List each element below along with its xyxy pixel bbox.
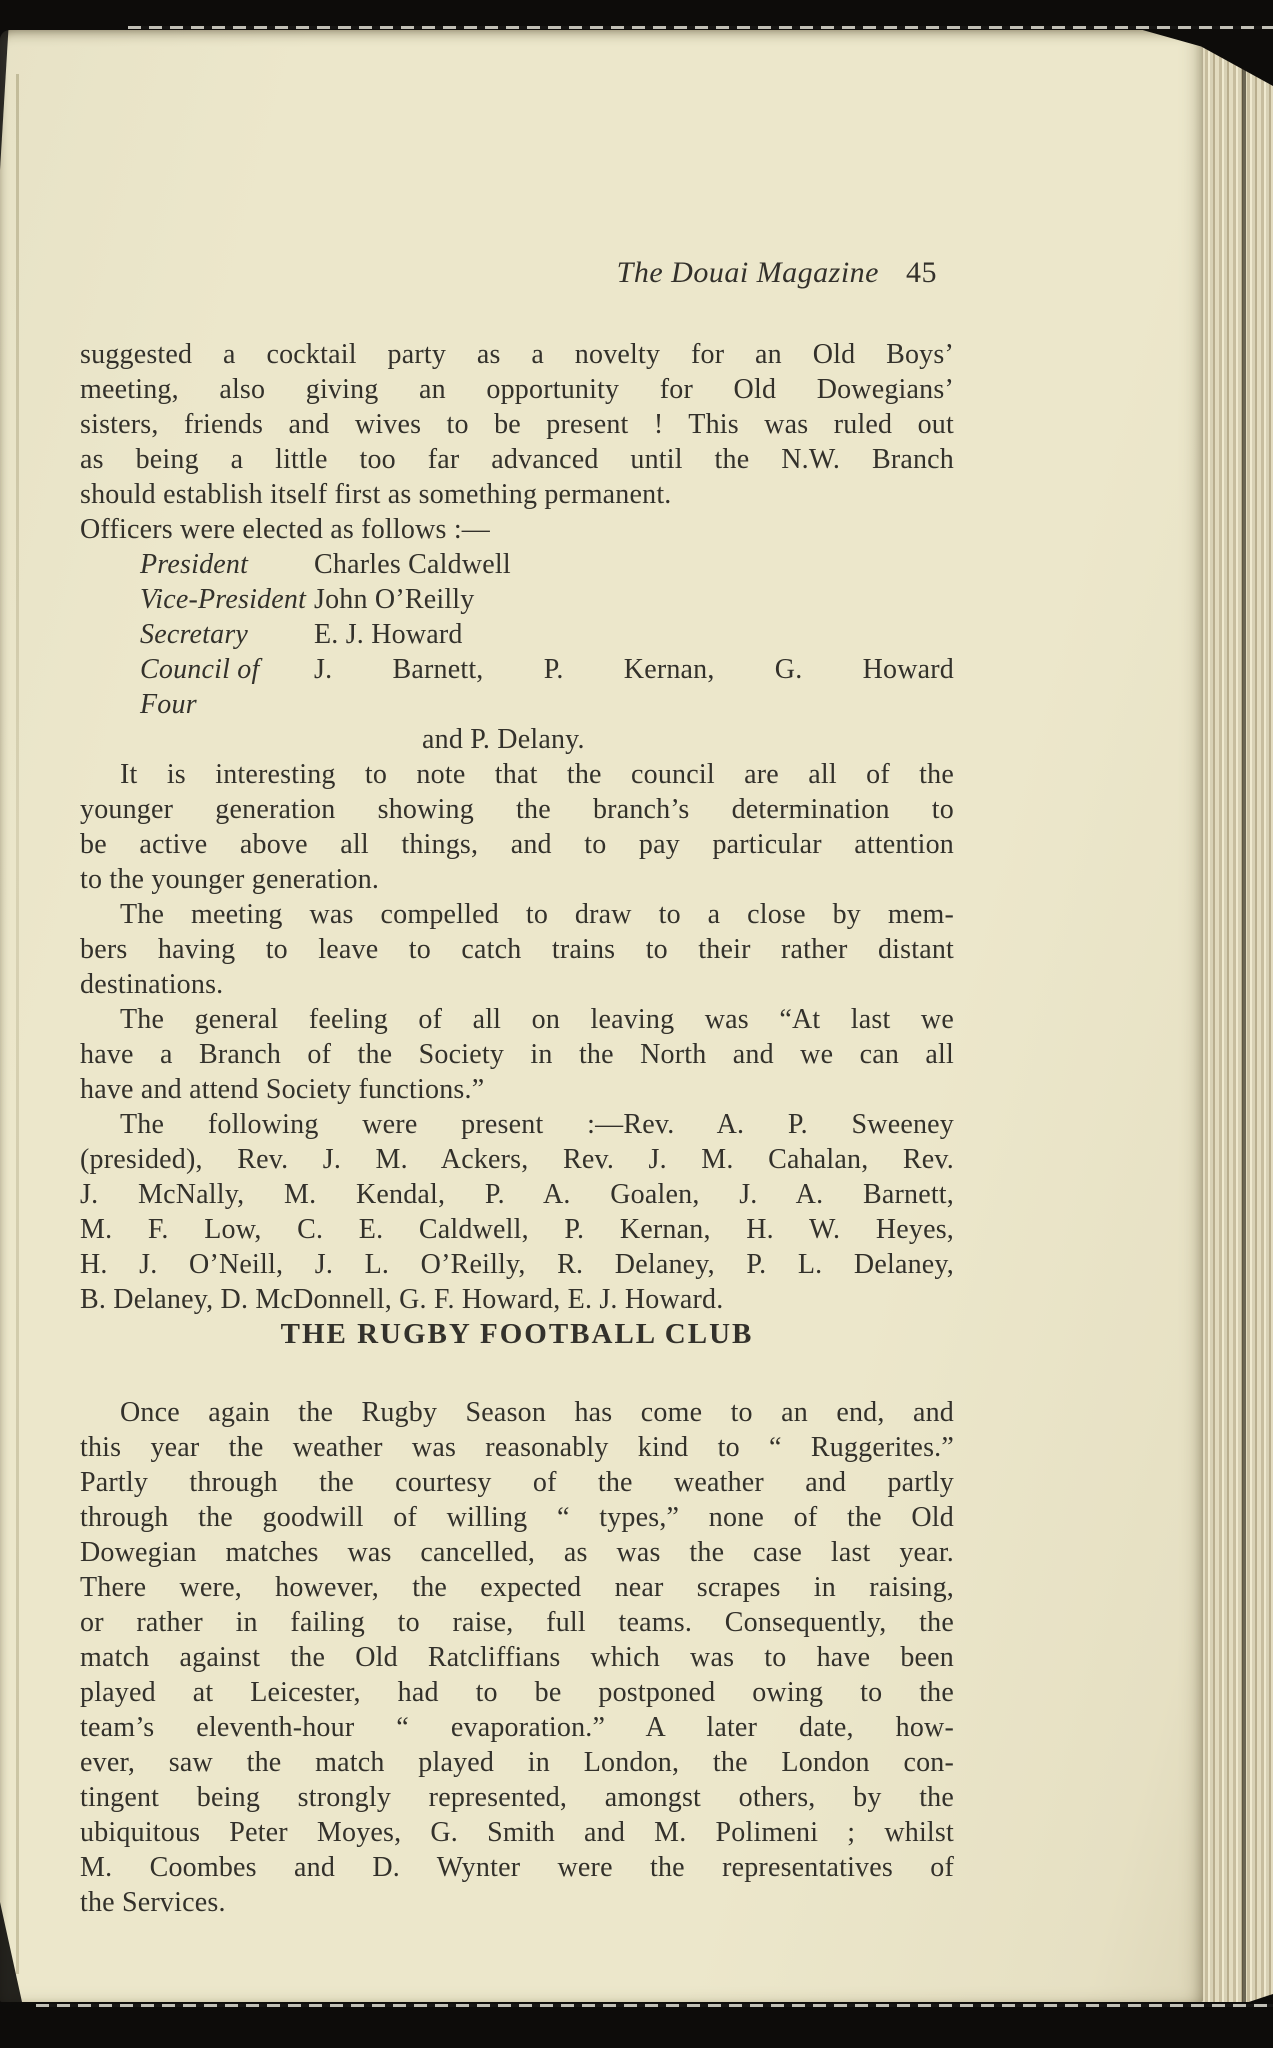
- text-line: tingent being strongly represented, amon…: [80, 1780, 954, 1815]
- text-line: team’s eleventh-hour “ evaporation.” A l…: [80, 1710, 954, 1745]
- officer-row: President Charles Caldwell: [80, 547, 954, 582]
- text-line: ubiquitous Peter Moyes, G. Smith and M. …: [80, 1815, 954, 1850]
- book-cover-bottom-band: [0, 2002, 1273, 2048]
- officer-role: Council of Four: [140, 652, 314, 722]
- text-line: sisters, friends and wives to be present…: [80, 407, 954, 442]
- officer-role: Vice-President: [140, 582, 314, 617]
- officer-row: Vice-President John O’Reilly: [80, 582, 954, 617]
- officer-name: Charles Caldwell: [314, 547, 954, 582]
- magazine-page: The Douai Magazine45 suggested a cocktai…: [0, 30, 1203, 2002]
- page-number: 45: [906, 256, 937, 289]
- officer-row: Secretary E. J. Howard: [80, 617, 954, 652]
- officer-row: Council of Four J. Barnett, P. Kernan, G…: [80, 652, 954, 722]
- text-line: the Services.: [80, 1885, 954, 1920]
- page-stack-edge: [1196, 32, 1273, 2008]
- officer-role: Secretary: [140, 617, 314, 652]
- paragraph: The following were present :—Rev. A. P. …: [80, 1107, 954, 1317]
- text-line: Once again the Rugby Season has come to …: [80, 1395, 954, 1430]
- text-line: The general feeling of all on leaving wa…: [80, 1002, 954, 1037]
- text-line: (presided), Rev. J. M. Ackers, Rev. J. M…: [80, 1142, 954, 1177]
- paragraph: It is interesting to note that the counc…: [80, 757, 954, 897]
- text-line: have a Branch of the Society in the Nort…: [80, 1037, 954, 1072]
- text-line: have and attend Society functions.”: [80, 1072, 954, 1107]
- text-line: be active above all things, and to pay p…: [80, 827, 954, 862]
- page-body: suggested a cocktail party as a novelty …: [80, 337, 954, 1920]
- paragraph: Once again the Rugby Season has come to …: [80, 1395, 954, 1920]
- officer-name: E. J. Howard: [314, 617, 954, 652]
- text-line: H. J. O’Neill, J. L. O’Reilly, R. Delane…: [80, 1247, 954, 1282]
- text-line: B. Delaney, D. McDonnell, G. F. Howard, …: [80, 1282, 954, 1317]
- officer-name: John O’Reilly: [314, 582, 954, 617]
- book-photo-scene: The Douai Magazine45 suggested a cocktai…: [0, 0, 1273, 2048]
- text-line: Dowegian matches was cancelled, as was t…: [80, 1535, 954, 1570]
- text-line: played at Leicester, had to be postponed…: [80, 1675, 954, 1710]
- officers-list: President Charles Caldwell Vice-Presiden…: [80, 547, 954, 757]
- paragraph: The meeting was compelled to draw to a c…: [80, 897, 954, 1002]
- text-line: M. F. Low, C. E. Caldwell, P. Kernan, H.…: [80, 1212, 954, 1247]
- text-line: The following were present :—Rev. A. P. …: [80, 1107, 954, 1142]
- officer-name: J. Barnett, P. Kernan, G. Howard: [314, 652, 954, 722]
- text-line: Partly through the courtesy of the weath…: [80, 1465, 954, 1500]
- text-line: destinations.: [80, 967, 954, 1002]
- text-line: bers having to leave to catch trains to …: [80, 932, 954, 967]
- page-edge-highlight-top: [128, 26, 1273, 29]
- officer-name-continuation: and P. Delany.: [80, 722, 954, 757]
- text-line: as being a little too far advanced until…: [80, 442, 954, 477]
- officer-role: President: [140, 547, 314, 582]
- text-line: J. McNally, M. Kendal, P. A. Goalen, J. …: [80, 1177, 954, 1212]
- paragraph: The general feeling of all on leaving wa…: [80, 1002, 954, 1107]
- magazine-title: The Douai Magazine: [617, 256, 879, 289]
- text-line: through the goodwill of willing “ types,…: [80, 1500, 954, 1535]
- text-line: The meeting was compelled to draw to a c…: [80, 897, 954, 932]
- text-line: It is interesting to note that the counc…: [80, 757, 954, 792]
- text-line: or rather in failing to raise, full team…: [80, 1605, 954, 1640]
- text-line: younger generation showing the branch’s …: [80, 792, 954, 827]
- section-heading: THE RUGBY FOOTBALL CLUB: [80, 1317, 954, 1352]
- text-line: M. Coombes and D. Wynter were the repres…: [80, 1850, 954, 1885]
- text-line: should establish itself first as somethi…: [80, 477, 954, 512]
- text-line: to the younger generation.: [80, 862, 954, 897]
- paragraph-continued: suggested a cocktail party as a novelty …: [80, 337, 954, 512]
- text-line: match against the Old Ratcliffians which…: [80, 1640, 954, 1675]
- officers-intro-line: Officers were elected as follows :—: [80, 512, 954, 547]
- text-line: ever, saw the match played in London, th…: [80, 1745, 954, 1780]
- page-edge-highlight-bottom: [36, 2004, 1273, 2007]
- text-line: suggested a cocktail party as a novelty …: [80, 337, 954, 372]
- page-crease: [16, 74, 19, 1974]
- running-header: The Douai Magazine45: [80, 256, 937, 290]
- text-line: meeting, also giving an opportunity for …: [80, 372, 954, 407]
- text-line: this year the weather was reasonably kin…: [80, 1430, 954, 1465]
- text-line: There were, however, the expected near s…: [80, 1570, 954, 1605]
